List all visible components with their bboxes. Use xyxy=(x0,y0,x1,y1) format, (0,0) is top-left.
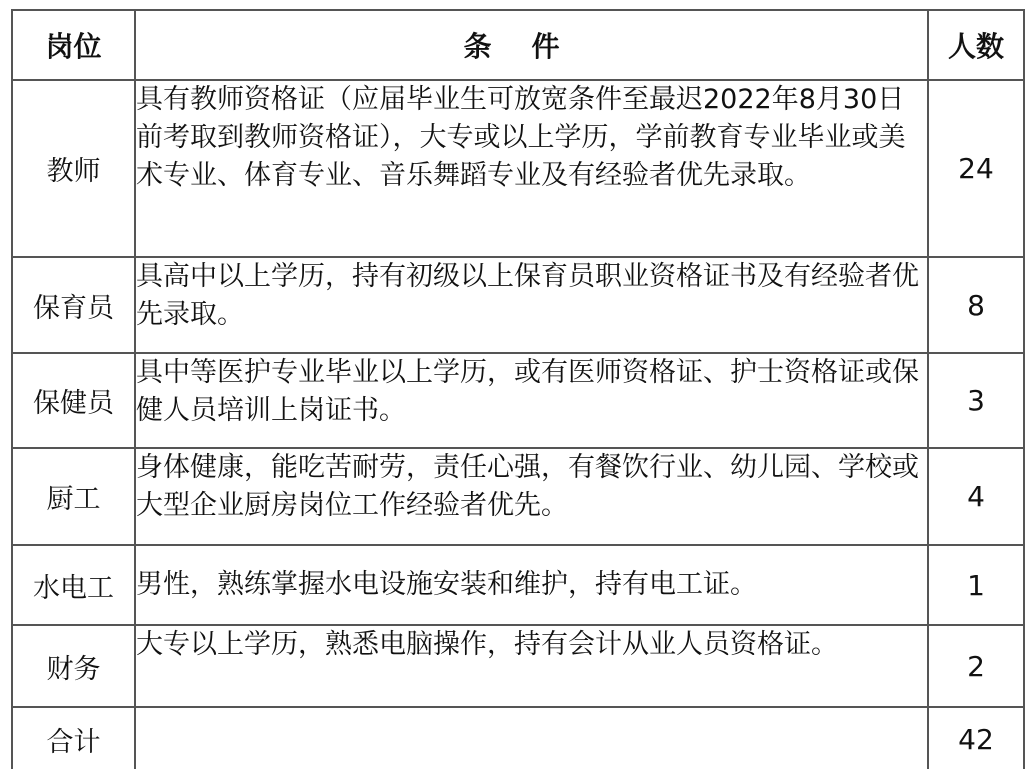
table-row: 财务 大专以上学历，熟悉电脑操作，持有会计从业人员资格证。 2 xyxy=(12,625,1024,707)
header-position: 岗位 xyxy=(12,10,135,80)
position-cell: 保健员 xyxy=(12,353,135,448)
conditions-cell: 具有教师资格证（应届毕业生可放宽条件至最迟2022年8月30日前考取到教师资格证… xyxy=(135,80,928,257)
conditions-cell: 男性，熟练掌握水电设施安装和维护，持有电工证。 xyxy=(135,545,928,625)
position-cell: 厨工 xyxy=(12,448,135,545)
header-row: 岗位 条件 人数 xyxy=(12,10,1024,80)
total-label: 合计 xyxy=(12,707,135,769)
position-cell: 财务 xyxy=(12,625,135,707)
table-row: 厨工 身体健康，能吃苦耐劳，责任心强，有餐饮行业、幼儿园、学校或大型企业厨房岗位… xyxy=(12,448,1024,545)
total-conditions-cell xyxy=(135,707,928,769)
header-conditions: 条件 xyxy=(135,10,928,80)
recruitment-table: 岗位 条件 人数 教师 具有教师资格证（应届毕业生可放宽条件至最迟2022年8月… xyxy=(11,9,1025,769)
header-count: 人数 xyxy=(928,10,1024,80)
total-row: 合计 42 xyxy=(12,707,1024,769)
total-count: 42 xyxy=(928,707,1024,769)
table-row: 保育员 具高中以上学历，持有初级以上保育员职业资格证书及有经验者优先录取。 8 xyxy=(12,257,1024,353)
count-cell: 1 xyxy=(928,545,1024,625)
count-cell: 4 xyxy=(928,448,1024,545)
conditions-cell: 身体健康，能吃苦耐劳，责任心强，有餐饮行业、幼儿园、学校或大型企业厨房岗位工作经… xyxy=(135,448,928,545)
conditions-cell: 具中等医护专业毕业以上学历，或有医师资格证、护士资格证或保健人员培训上岗证书。 xyxy=(135,353,928,448)
table-row: 水电工 男性，熟练掌握水电设施安装和维护，持有电工证。 1 xyxy=(12,545,1024,625)
position-cell: 教师 xyxy=(12,80,135,257)
table-row: 保健员 具中等医护专业毕业以上学历，或有医师资格证、护士资格证或保健人员培训上岗… xyxy=(12,353,1024,448)
conditions-cell: 大专以上学历，熟悉电脑操作，持有会计从业人员资格证。 xyxy=(135,625,928,707)
count-cell: 24 xyxy=(928,80,1024,257)
count-cell: 2 xyxy=(928,625,1024,707)
position-cell: 保育员 xyxy=(12,257,135,353)
conditions-cell: 具高中以上学历，持有初级以上保育员职业资格证书及有经验者优先录取。 xyxy=(135,257,928,353)
count-cell: 8 xyxy=(928,257,1024,353)
count-cell: 3 xyxy=(928,353,1024,448)
position-cell: 水电工 xyxy=(12,545,135,625)
table-row: 教师 具有教师资格证（应届毕业生可放宽条件至最迟2022年8月30日前考取到教师… xyxy=(12,80,1024,257)
